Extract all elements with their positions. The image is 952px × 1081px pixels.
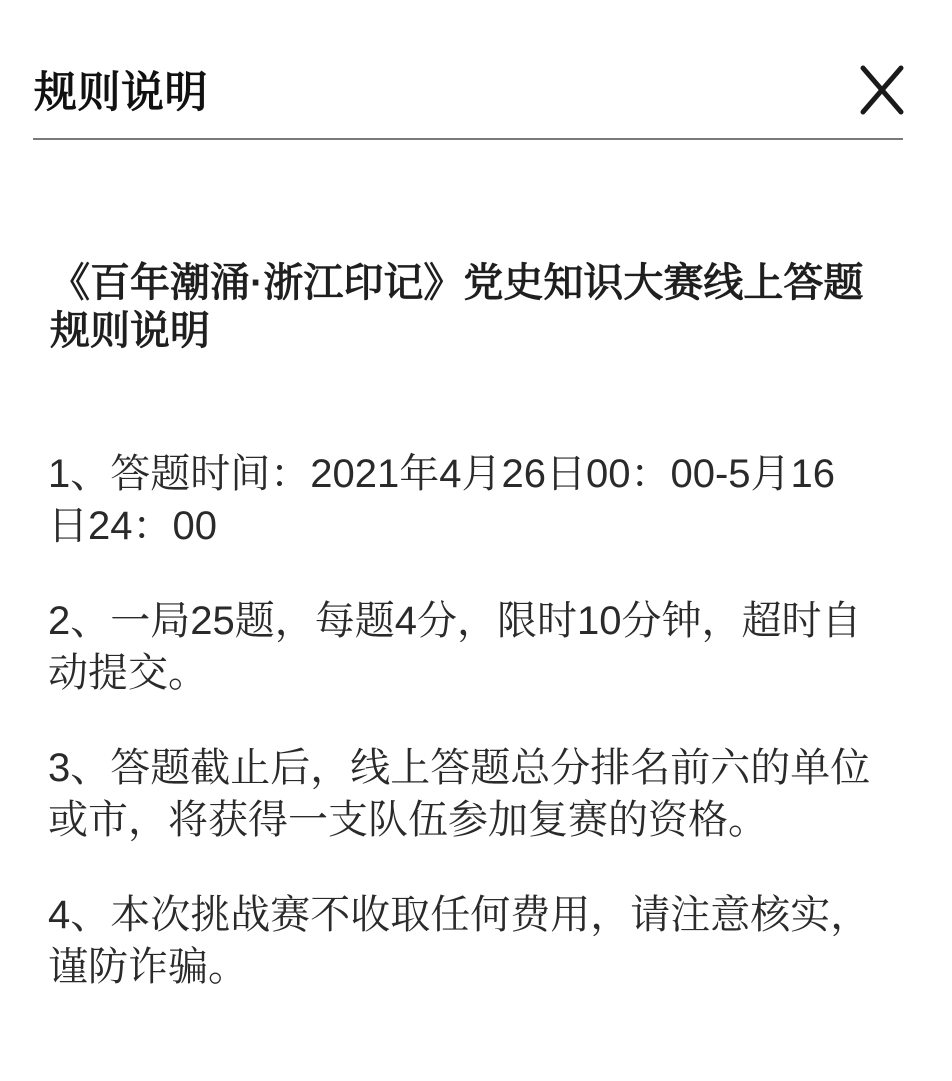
rules-content: 《百年潮涌·浙江印记》党史知识大赛线上答题 规则说明 1、答题时间：2021年4…	[0, 140, 952, 993]
rule-item-4: 4、本次挑战赛不收取任何费用，请注意核实， 谨防诈骗。	[48, 889, 912, 993]
content-title: 《百年潮涌·浙江印记》党史知识大赛线上答题 规则说明	[50, 259, 912, 355]
rule-item-1: 1、答题时间：2021年4月26日00：00-5月16 日24：00	[48, 448, 912, 552]
dialog-title: 规则说明	[34, 72, 208, 115]
close-icon	[860, 65, 904, 115]
dialog-header: 规则说明	[0, 0, 952, 141]
rule-item-3: 3、答题截止后，线上答题总分排名前六的单位 或市，将获得一支队伍参加复赛的资格。	[48, 742, 912, 846]
rules-dialog: 规则说明 《百年潮涌·浙江印记》党史知识大赛线上答题 规则说明 1、答题时间：2…	[0, 0, 952, 1081]
rule-item-2: 2、一局25题，每题4分，限时10分钟，超时自 动提交。	[48, 595, 912, 699]
close-button[interactable]	[850, 56, 914, 124]
